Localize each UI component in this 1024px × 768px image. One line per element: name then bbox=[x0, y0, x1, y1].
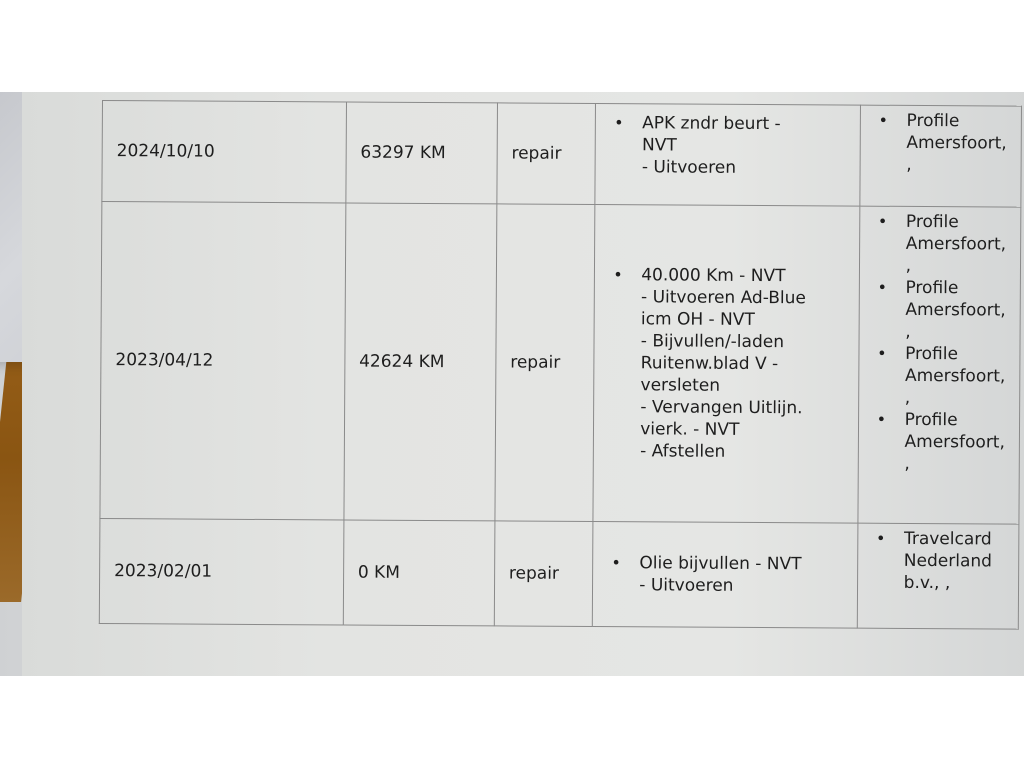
work-cell: APK zndr beurt - NVT - Uitvoeren bbox=[595, 104, 860, 207]
type-cell: repair bbox=[494, 521, 593, 627]
document-sheet: 2024/10/10 63297 KM repair APK zndr beur… bbox=[22, 92, 1024, 676]
type-cell: repair bbox=[497, 103, 596, 205]
table-row: 2024/10/10 63297 KM repair APK zndr beur… bbox=[102, 101, 1022, 208]
table-row: 2023/02/01 0 KM repair Olie bijvullen - … bbox=[99, 518, 1019, 629]
date-cell: 2024/10/10 bbox=[102, 101, 346, 203]
work-list: 40.000 Km - NVT - Uitvoeren Ad-Blue icm … bbox=[608, 264, 845, 463]
work-list: APK zndr beurt - NVT - Uitvoeren bbox=[610, 112, 846, 179]
date-cell: 2023/02/01 bbox=[99, 518, 343, 624]
location-list: Travelcard Nederland b.v., , bbox=[872, 528, 1005, 595]
work-item: Olie bijvullen - NVT - Uitvoeren bbox=[639, 552, 843, 597]
photo-background: 2024/10/10 63297 KM repair APK zndr beur… bbox=[0, 92, 1024, 676]
location-item: Profile Amersfoort, , bbox=[906, 110, 1007, 177]
location-item: Profile Amersfoort, , bbox=[905, 277, 1006, 344]
work-cell: 40.000 Km - NVT - Uitvoeren Ad-Blue icm … bbox=[593, 205, 859, 524]
location-cell: Profile Amersfoort, , Profile Amersfoort… bbox=[858, 206, 1021, 524]
work-list: Olie bijvullen - NVT - Uitvoeren bbox=[607, 552, 843, 597]
mileage-cell: 42624 KM bbox=[344, 203, 497, 521]
location-item: Travelcard Nederland b.v., , bbox=[904, 528, 1005, 595]
work-cell: Olie bijvullen - NVT - Uitvoeren bbox=[593, 522, 858, 629]
location-list: Profile Amersfoort, , Profile Amersfoort… bbox=[872, 211, 1006, 476]
location-item: Profile Amersfoort, , bbox=[904, 409, 1005, 476]
location-cell: Profile Amersfoort, , bbox=[860, 105, 1022, 207]
work-item: APK zndr beurt - NVT - Uitvoeren bbox=[642, 112, 846, 179]
mileage-cell: 63297 KM bbox=[346, 102, 498, 204]
date-cell: 2023/04/12 bbox=[100, 202, 346, 520]
maintenance-history-table: 2024/10/10 63297 KM repair APK zndr beur… bbox=[99, 100, 1022, 630]
type-cell: repair bbox=[495, 204, 595, 522]
location-cell: Travelcard Nederland b.v., , bbox=[857, 523, 1019, 629]
location-item: Profile Amersfoort, , bbox=[905, 343, 1006, 410]
location-item: Profile Amersfoort, , bbox=[906, 211, 1007, 278]
table-row: 2023/04/12 42624 KM repair 40.000 Km - N… bbox=[100, 202, 1021, 525]
work-item: 40.000 Km - NVT - Uitvoeren Ad-Blue icm … bbox=[640, 264, 845, 463]
location-list: Profile Amersfoort, , bbox=[874, 110, 1007, 177]
mileage-cell: 0 KM bbox=[343, 520, 495, 626]
